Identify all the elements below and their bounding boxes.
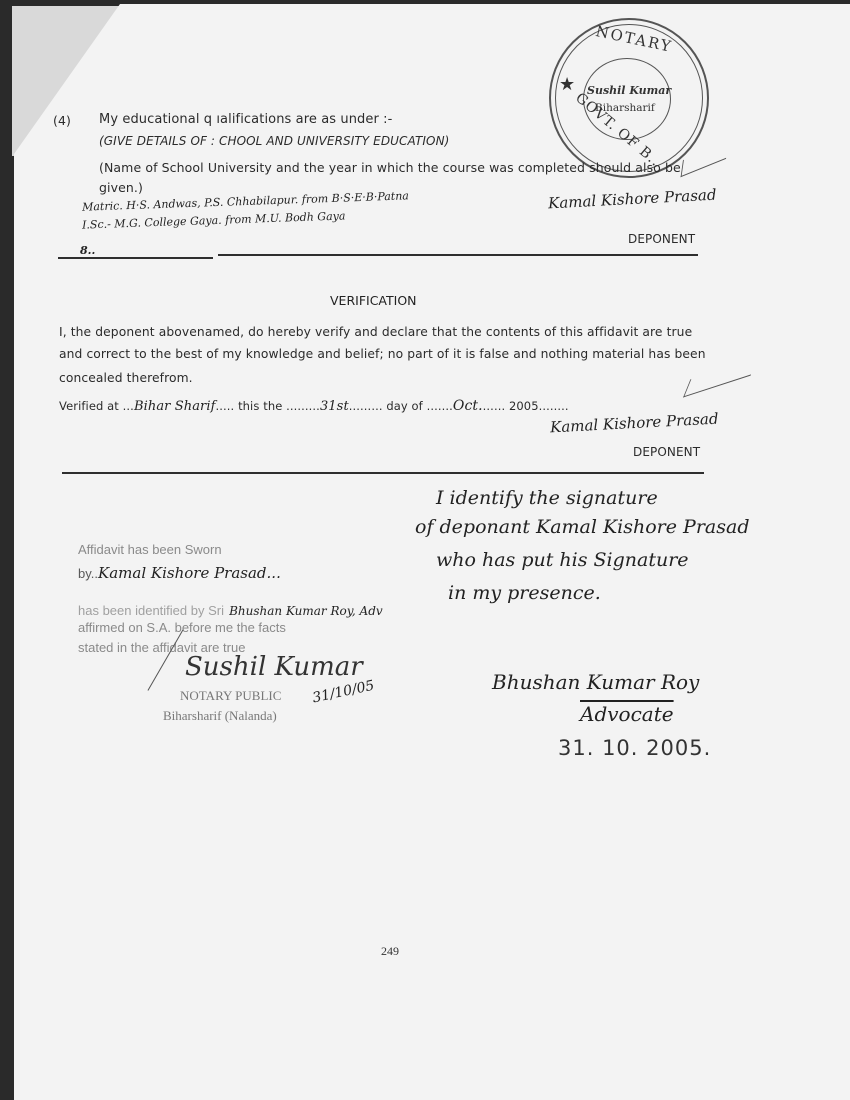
identification-line3: who has put his Signature (436, 549, 689, 571)
stamp-top-text: NOTARY (594, 22, 674, 56)
section-number: (4) (53, 113, 71, 128)
sworn-by-name: Kamal Kishore Prasad... (98, 564, 281, 582)
day-of-label: ......... day of ....... (349, 399, 453, 413)
verification-divider (62, 472, 704, 474)
identification-line2: of deponant Kamal Kishore Prasad (415, 516, 749, 538)
deponent-label-1: DEPONENT (628, 232, 695, 246)
identified-by-name: Bhushan Kumar Roy, Adv (229, 604, 383, 618)
this-the-label: ..... this the ......... (216, 399, 320, 413)
notary-title: NOTARY PUBLIC (180, 688, 281, 704)
verification-para-line1: I, the deponent abovenamed, do hereby ve… (59, 325, 692, 339)
day-value: 31st (320, 399, 349, 414)
identification-line1: I identify the signature (436, 487, 658, 509)
section-note-line1: (Name of School University and the year … (99, 160, 681, 175)
divider-right (218, 254, 698, 256)
verified-at-line: Verified at ...Bihar Sharif..... this th… (59, 398, 569, 414)
notary-line2: by..Kamal Kishore Prasad... (78, 563, 281, 582)
notary-line1: Affidavit has been Sworn (78, 542, 222, 557)
notary-signature: Sushil Kumar (185, 652, 363, 682)
handwritten-mark: 8.. (80, 244, 95, 257)
advocate-date: 31. 10. 2005. (558, 736, 711, 760)
section-heading: My educational q ıalifications are as un… (99, 112, 392, 127)
section-instruction: (GIVE DETAILS OF : CHOOL AND UNIVERSITY … (99, 134, 449, 148)
year-label: ...... 2005........ (483, 399, 569, 413)
notary-line3: has been identified by Sri Bhushan Kumar… (78, 600, 383, 619)
notary-line2-prefix: by.. (78, 566, 98, 581)
page-number: 249 (381, 944, 399, 959)
notary-stamp: NOTARY ★ Sushil Kumar Biharsharif GOVT. … (549, 18, 709, 178)
notary-line3-prefix: has been identified by Sri (78, 603, 224, 618)
divider-left (58, 257, 213, 259)
stamp-name: Sushil Kumar (587, 84, 671, 97)
section-note-line2: given.) (99, 180, 143, 195)
advocate-title: Advocate (580, 702, 674, 726)
verified-at-label: Verified at ... (59, 399, 134, 413)
verification-para-line3: concealed therefrom. (59, 371, 193, 385)
notary-place: Biharsharif (Nalanda) (163, 708, 277, 724)
identification-line4: in my presence. (448, 582, 601, 604)
deponent-label-2: DEPONENT (633, 445, 700, 459)
advocate-signature: Bhushan Kumar Roy (492, 670, 699, 694)
verification-para-line2: and correct to the best of my knowledge … (59, 347, 706, 361)
star-icon: ★ (559, 74, 575, 95)
verification-title: VERIFICATION (330, 293, 417, 308)
month-value: Oct. (453, 398, 483, 414)
verified-at-value: Bihar Sharif (134, 399, 216, 414)
